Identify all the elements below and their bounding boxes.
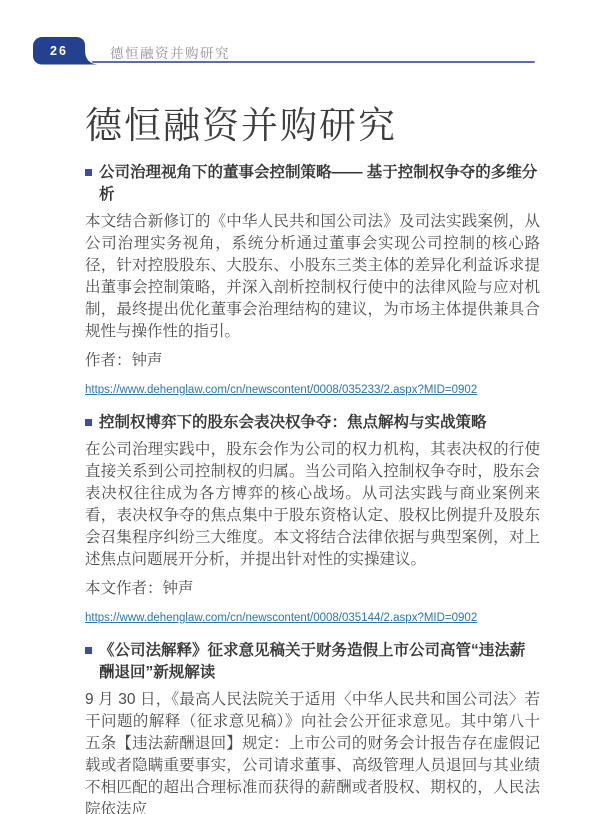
author-line: 本文作者：钟声: [85, 578, 540, 599]
running-header-title: 德恒融资并购研究: [110, 42, 230, 62]
page-number: 26: [33, 37, 85, 64]
section-heading-text: 公司治理视角下的董事会控制策略—— 基于控制权争夺的多维分析: [99, 162, 540, 206]
author-line: 作者：钟声: [85, 350, 540, 371]
section-heading-text: 控制权博弈下的股东会表决权争夺：焦点解构与实战策略: [99, 412, 487, 434]
article-content: 德恒融资并购研究 公司治理视角下的董事会控制策略—— 基于控制权争夺的多维分析 …: [85, 96, 540, 814]
section-heading: 控制权博弈下的股东会表决权争夺：焦点解构与实战策略: [85, 412, 540, 434]
section-heading-text: 《公司法解释》征求意见稿关于财务造假上市公司高管“违法薪酬退回”新规解读: [99, 640, 540, 684]
page-header: 26 德恒融资并购研究: [0, 0, 600, 70]
page-number-badge: 26: [33, 37, 99, 65]
page-title: 德恒融资并购研究: [85, 104, 540, 148]
article-section-2: 控制权博弈下的股东会表决权争夺：焦点解构与实战策略 在公司治理实践中，股东会作为…: [85, 412, 540, 626]
article-section-3: 《公司法解释》征求意见稿关于财务造假上市公司高管“违法薪酬退回”新规解读 9 月…: [85, 640, 540, 814]
bullet-square-icon: [85, 169, 92, 176]
header-rule: [92, 61, 535, 63]
section-body: 9 月 30 日，《最高人民法院关于适用〈中华人民共和国公司法〉若干问题的解释（…: [85, 689, 540, 814]
article-section-1: 公司治理视角下的董事会控制策略—— 基于控制权争夺的多维分析 本文结合新修订的《…: [85, 162, 540, 398]
section-body: 本文结合新修订的《中华人民共和国公司法》及司法实践案例，从公司治理实务视角，系统…: [85, 211, 540, 343]
bullet-square-icon: [85, 419, 92, 426]
bullet-square-icon: [85, 647, 92, 654]
section-heading: 公司治理视角下的董事会控制策略—— 基于控制权争夺的多维分析: [85, 162, 540, 206]
article-link[interactable]: https://www.dehenglaw.com/cn/newscontent…: [85, 383, 477, 397]
section-body: 在公司治理实践中，股东会作为公司的权力机构，其表决权的行使直接关系到公司控制权的…: [85, 439, 540, 571]
document-page: 26 德恒融资并购研究 德恒融资并购研究 公司治理视角下的董事会控制策略—— 基…: [0, 0, 600, 814]
section-heading: 《公司法解释》征求意见稿关于财务造假上市公司高管“违法薪酬退回”新规解读: [85, 640, 540, 684]
article-link[interactable]: https://www.dehenglaw.com/cn/newscontent…: [85, 611, 477, 625]
